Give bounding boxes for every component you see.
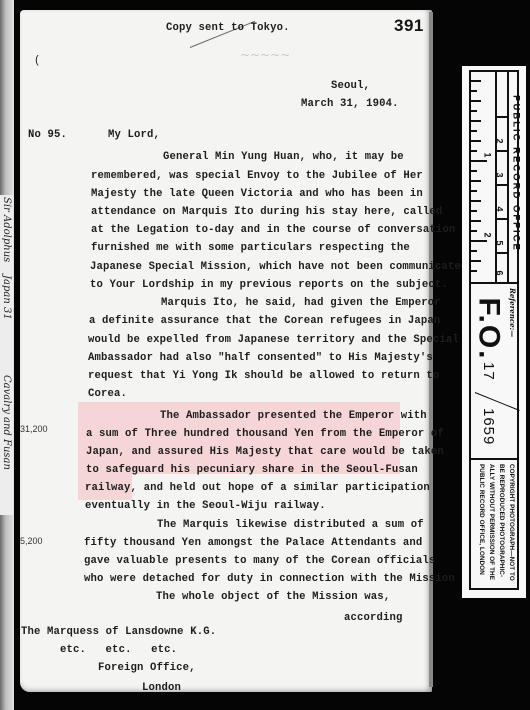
body-line: to Your Lordship in my previous reports …	[90, 279, 448, 291]
margin-handwriting: Cavalry and Fusan	[1, 375, 12, 470]
marginal-amount: 5,200	[20, 536, 43, 546]
body-line: The whole object of the Mission was,	[156, 591, 390, 603]
body-line: a definite assurance that the Corean ref…	[89, 315, 440, 327]
body-line: Japanese Special Mission, which have not…	[90, 261, 467, 273]
margin-handwriting: Sir Adolphus	[1, 197, 12, 262]
body-line-highlighted: The Ambassador presented the Emperor wit…	[160, 410, 427, 422]
body-line: Ambassador had also "half consented" to …	[88, 352, 433, 364]
body-line: Marquis Ito, he said, had given the Empe…	[161, 297, 441, 309]
header-note: Copy sent to Tokyo.	[166, 22, 290, 34]
body-line-highlighted: a sum of Three hundred thousand Yen from…	[86, 428, 444, 440]
place: Seoul,	[331, 80, 370, 92]
body-line: The Marquis likewise distributed a sum o…	[157, 519, 424, 531]
body-line-highlighted: to safeguard his pecuniary share in the …	[86, 464, 418, 476]
reference-box: F.O. Reference:— 17 1659	[471, 282, 517, 460]
stray-mark: (	[34, 55, 41, 67]
public-record-office-stamp: 1 2 2 3 4 5 6 PUBLIC RECORD OFFICE F.O. …	[462, 66, 526, 598]
date: March 31, 1904.	[301, 98, 399, 110]
fo-label: F.O.	[472, 297, 506, 360]
salutation: My Lord,	[108, 129, 160, 141]
margin-handwriting: Japan 31	[1, 275, 12, 320]
body-line-highlighted: Japan, and assured His Majesty that care…	[86, 446, 444, 458]
ruler-number: 2	[483, 232, 493, 237]
body-line: eventually in the Seoul-Wiju railway.	[85, 500, 326, 512]
body-line: railway, and held out hope of a similar …	[85, 482, 430, 494]
body-line: Corea.	[88, 388, 127, 400]
stamp-label: PUBLIC RECORD OFFICE	[511, 79, 522, 269]
catchword: according	[344, 612, 403, 624]
addressee-city: London	[142, 682, 181, 691]
page-edge	[429, 12, 433, 687]
copyright-notice: COPYRIGHT PHOTOGRAPH—NOT TO BE REPRODUCE…	[471, 458, 517, 590]
body-line: attendance on Marquis Ito during his sta…	[91, 206, 442, 218]
body-line: would be expelled from Japanese territor…	[88, 334, 459, 346]
marginal-amount: 31,200	[20, 424, 48, 434]
body-line: at the Legation to-day and in the course…	[91, 224, 455, 236]
ruler-scale: 1 2	[471, 72, 497, 282]
addressee-etc: etc. etc. etc.	[60, 644, 177, 656]
body-line: who were detached for duty in connection…	[84, 573, 455, 585]
margin-note-strip: Sir Adolphus Japan 31 Cavalry and Fusan	[0, 195, 13, 515]
body-line: gave valuable presents to many of the Co…	[84, 555, 435, 567]
body-line: General Min Yung Huan, who, it may be	[163, 151, 404, 163]
class-number: 17	[480, 362, 497, 381]
addressee-name: The Marquess of Lansdowne K.G.	[21, 626, 216, 638]
ruler-number: 1	[483, 152, 493, 157]
body-line: request that Yi Yong Ik should be allowe…	[88, 370, 439, 382]
despatch-number: No 95.	[28, 129, 67, 141]
piece-number: 1659	[480, 408, 497, 445]
body-line: remembered, was special Envoy to the Jub…	[91, 170, 423, 182]
addressee-office: Foreign Office,	[98, 662, 196, 674]
document-page	[20, 10, 432, 692]
body-line: furnished me with some particulars respe…	[91, 242, 410, 254]
faint-pencil-note: ~~~~~	[240, 48, 290, 62]
body-line: Majesty the late Queen Victoria and who …	[91, 188, 423, 200]
reference-label: Reference:—	[508, 288, 517, 337]
body-line: fifty thousand Yen amongst the Palace At…	[84, 537, 422, 549]
page-number: 391	[394, 16, 424, 36]
